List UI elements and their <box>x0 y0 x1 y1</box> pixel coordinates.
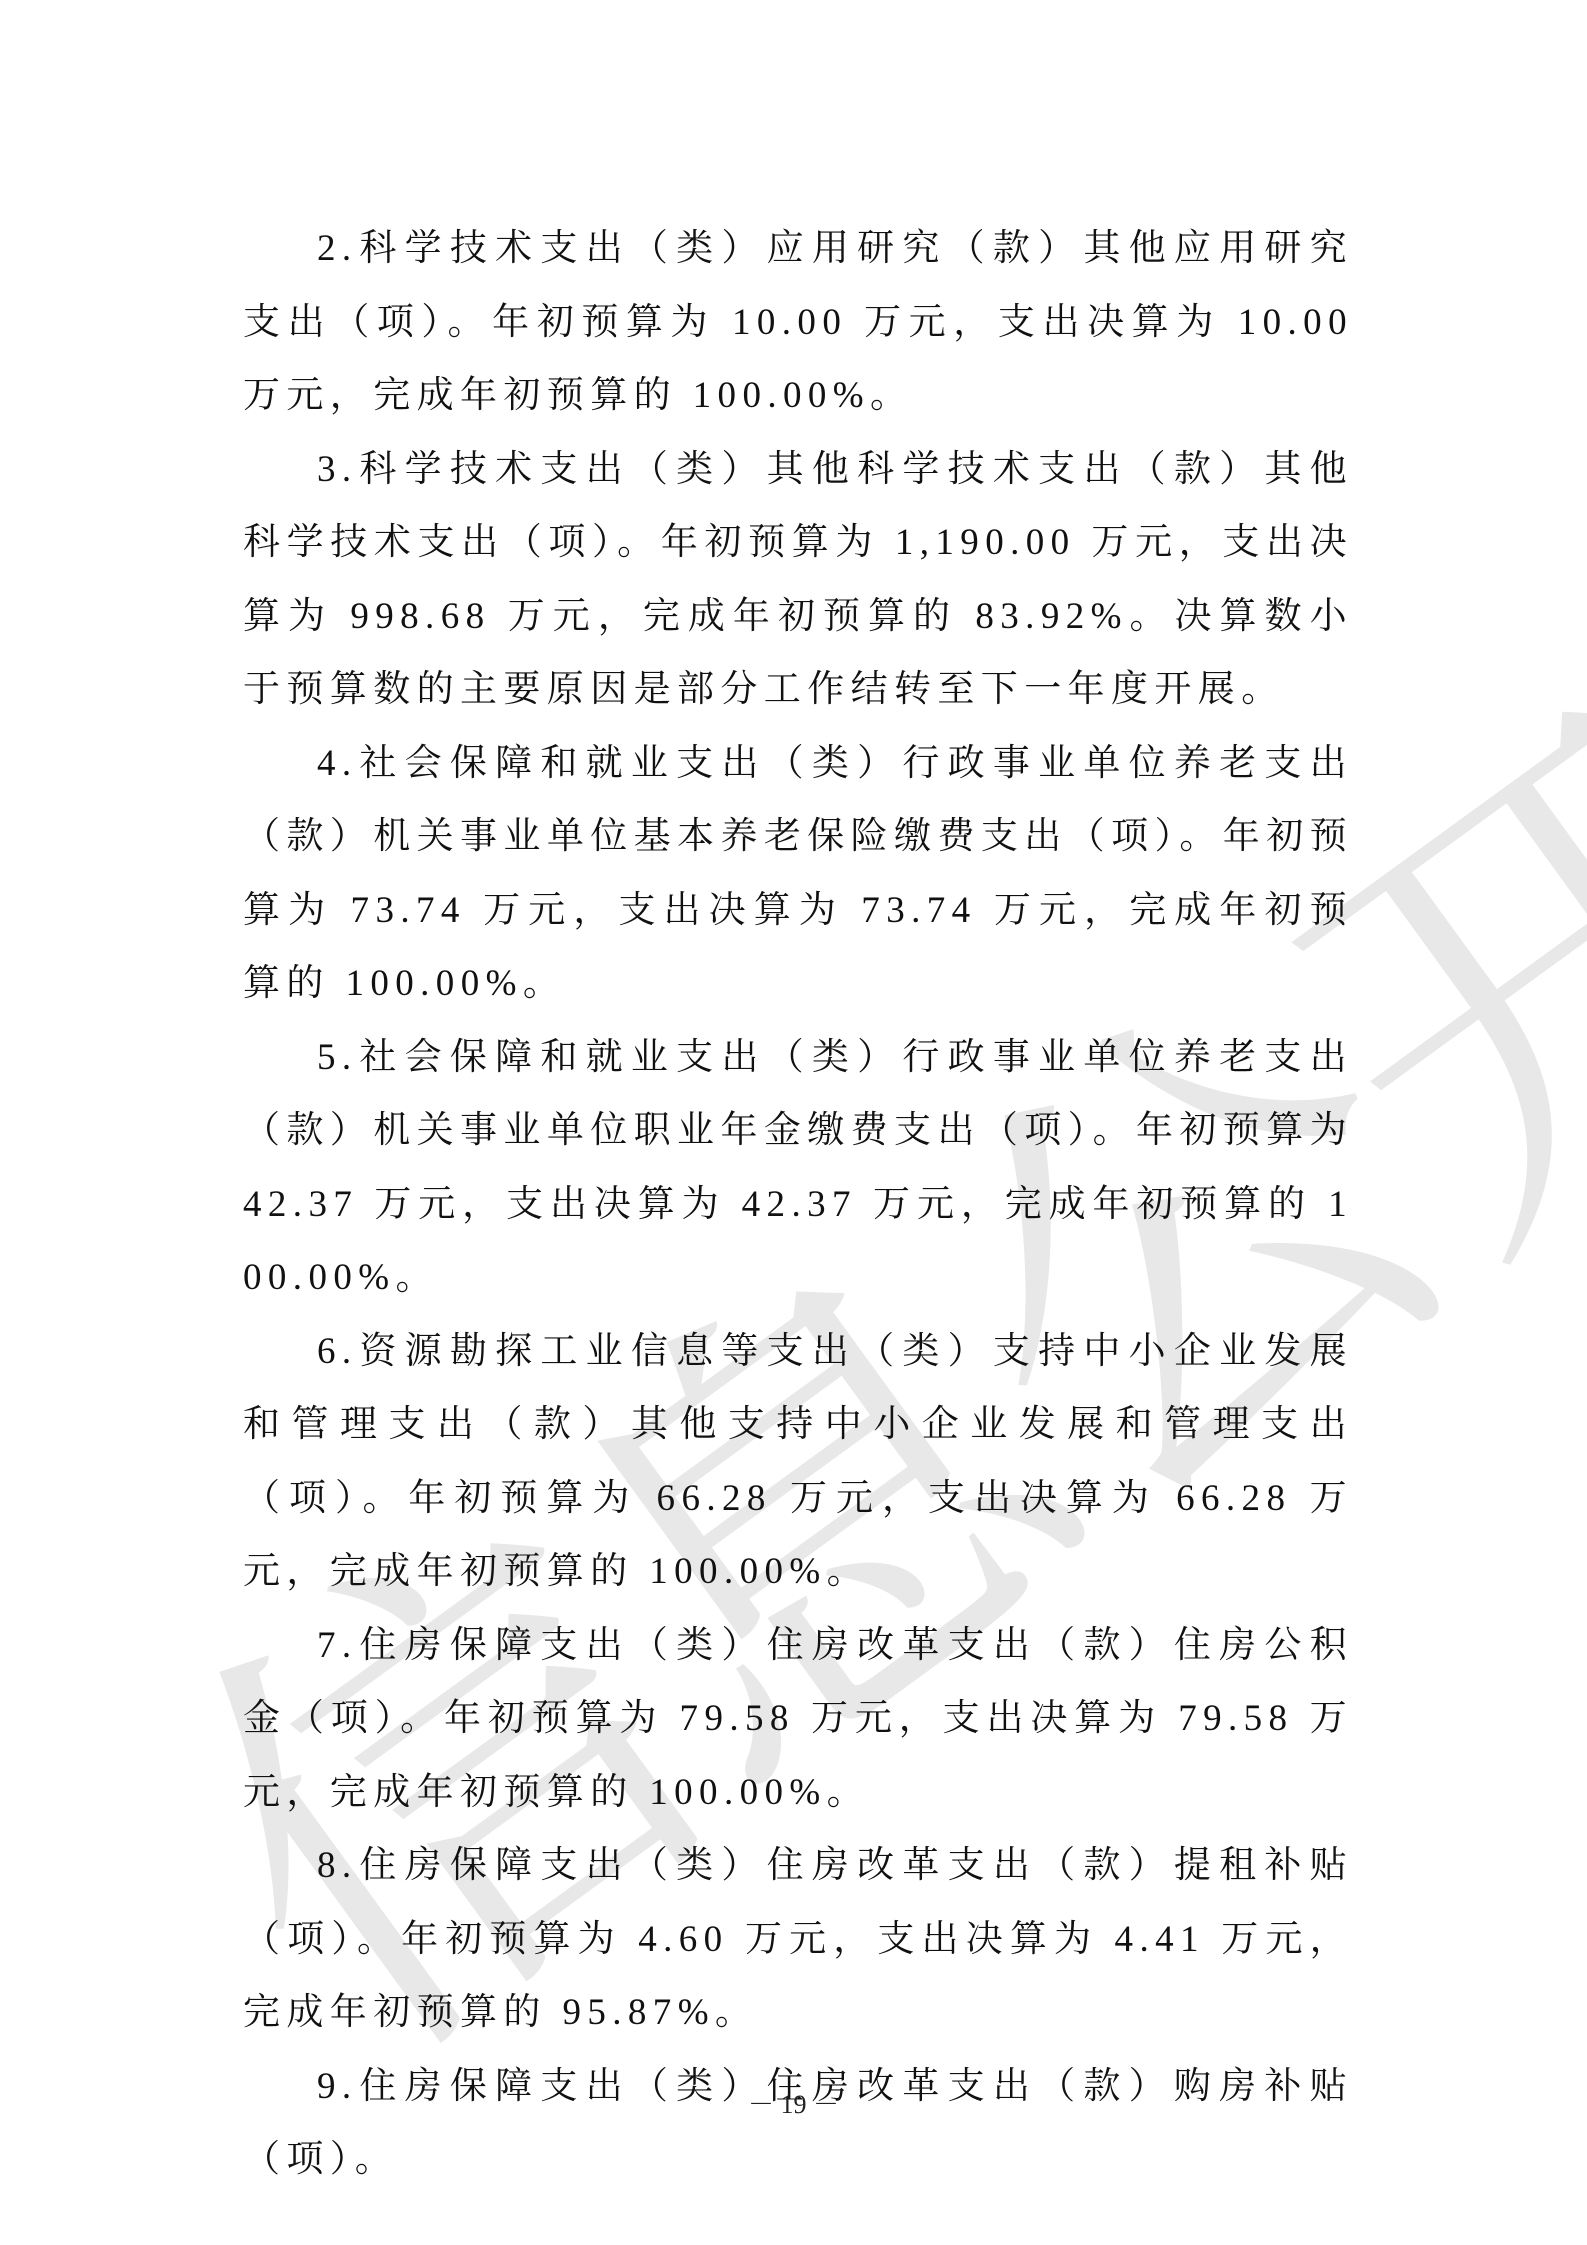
paragraph-item-8: 8.住房保障支出（类）住房改革支出（款）提租补贴（项）。年初预算为 4.60 万… <box>243 1829 1353 2050</box>
paragraph-item-2: 2.科学技术支出（类）应用研究（款）其他应用研究支出（项）。年初预算为 10.0… <box>243 212 1353 433</box>
paragraph-item-6: 6.资源勘探工业信息等支出（类）支持中小企业发展和管理支出（款）其他支持中小企业… <box>243 1315 1353 1609</box>
paragraph-item-9: 9.住房保障支出（类）住房改革支出（款）购房补贴（项）。 <box>243 2050 1353 2197</box>
page-number: － 19 － <box>0 2084 1587 2121</box>
paragraph-item-7: 7.住房保障支出（类）住房改革支出（款）住房公积金（项）。年初预算为 79.58… <box>243 1609 1353 1830</box>
paragraph-item-3: 3.科学技术支出（类）其他科学技术支出（款）其他科学技术支出（项）。年初预算为 … <box>243 433 1353 727</box>
paragraph-item-5: 5.社会保障和就业支出（类）行政事业单位养老支出（款）机关事业单位职业年金缴费支… <box>243 1021 1353 1315</box>
paragraph-item-4: 4.社会保障和就业支出（类）行政事业单位养老支出（款）机关事业单位基本养老保险缴… <box>243 727 1353 1021</box>
document-body: 2.科学技术支出（类）应用研究（款）其他应用研究支出（项）。年初预算为 10.0… <box>243 212 1353 2197</box>
